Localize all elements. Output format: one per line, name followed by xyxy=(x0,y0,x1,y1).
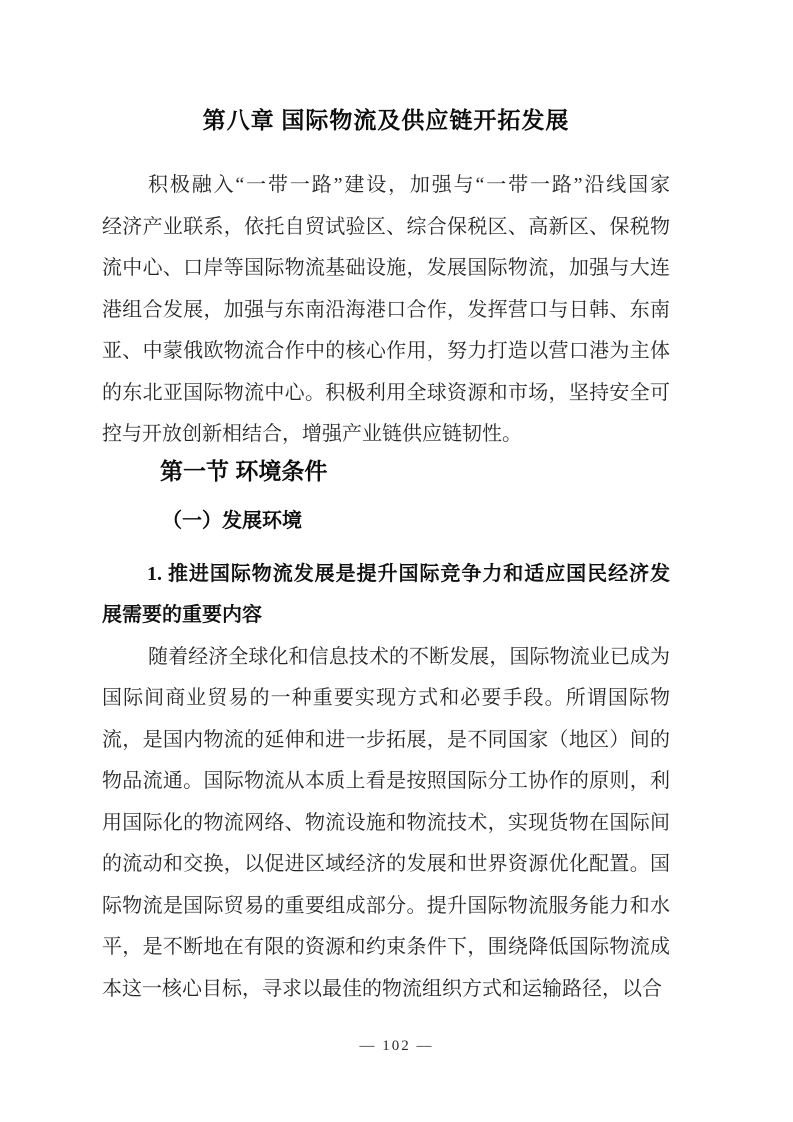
text-line: 国际间商业贸易的一种重要实现方式和必要手段。所谓国际物 xyxy=(102,678,670,720)
text-line: 随着经济全球化和信息技术的不断发展，国际物流业已成为 xyxy=(102,637,670,679)
text-line: 用国际化的物流网络、物流设施和物流技术，实现货物在国际间 xyxy=(102,803,670,845)
text-line: 本这一核心目标，寻求以最佳的物流组织方式和运输路径，以合 xyxy=(102,969,670,1011)
text-line: 际物流是国际贸易的重要组成部分。提升国际物流服务能力和水 xyxy=(102,886,670,928)
text-line: 流，是国内物流的延伸和进一步拓展，是不同国家（地区）间的 xyxy=(102,720,670,762)
subsection-heading: （一）发展环境 xyxy=(102,507,670,535)
document-page: 第八章 国际物流及供应链开拓发展 积极融入“一带一路”建设，加强与“一带一路”沿… xyxy=(0,0,793,1122)
intro-paragraph: 积极融入“一带一路”建设，加强与“一带一路”沿线国家经济产业联系，依托自贸试验区… xyxy=(102,165,670,456)
text-line: 1. 推进国际物流发展是提升国际竞争力和适应国民经济发 xyxy=(102,554,670,596)
body-paragraph: 随着经济全球化和信息技术的不断发展，国际物流业已成为国际间商业贸易的一种重要实现… xyxy=(102,637,670,1011)
text-line: 物品流通。国际物流从本质上看是按照国际分工协作的原则，利 xyxy=(102,761,670,803)
text-line: 展需要的重要内容 xyxy=(102,595,670,637)
text-line: 亚、中蒙俄欧物流合作中的核心作用，努力打造以营口港为主体 xyxy=(102,331,670,373)
chapter-title: 第八章 国际物流及供应链开拓发展 xyxy=(102,104,670,138)
numbered-item-heading: 1. 推进国际物流发展是提升国际竞争力和适应国民经济发展需要的重要内容 xyxy=(102,554,670,637)
text-line: 流中心、口岸等国际物流基础设施，发展国际物流，加强与大连 xyxy=(102,248,670,290)
text-line: 的东北亚国际物流中心。积极利用全球资源和市场，坚持安全可 xyxy=(102,373,670,415)
text-line: 港组合发展，加强与东南沿海港口合作，发挥营口与日韩、东南 xyxy=(102,290,670,332)
text-line: 的流动和交换，以促进区域经济的发展和世界资源优化配置。国 xyxy=(102,844,670,886)
page-number: — 102 — xyxy=(0,1036,793,1056)
page-content: 第八章 国际物流及供应链开拓发展 积极融入“一带一路”建设，加强与“一带一路”沿… xyxy=(102,0,670,1010)
text-line: 控与开放创新相结合，增强产业链供应链韧性。 xyxy=(102,414,670,456)
text-line: 平，是不断地在有限的资源和约束条件下，围绕降低国际物流成 xyxy=(102,927,670,969)
text-line: 积极融入“一带一路”建设，加强与“一带一路”沿线国家 xyxy=(102,165,670,207)
text-line: 经济产业联系，依托自贸试验区、综合保税区、高新区、保税物 xyxy=(102,207,670,249)
section-heading: 第一节 环境条件 xyxy=(102,456,670,486)
